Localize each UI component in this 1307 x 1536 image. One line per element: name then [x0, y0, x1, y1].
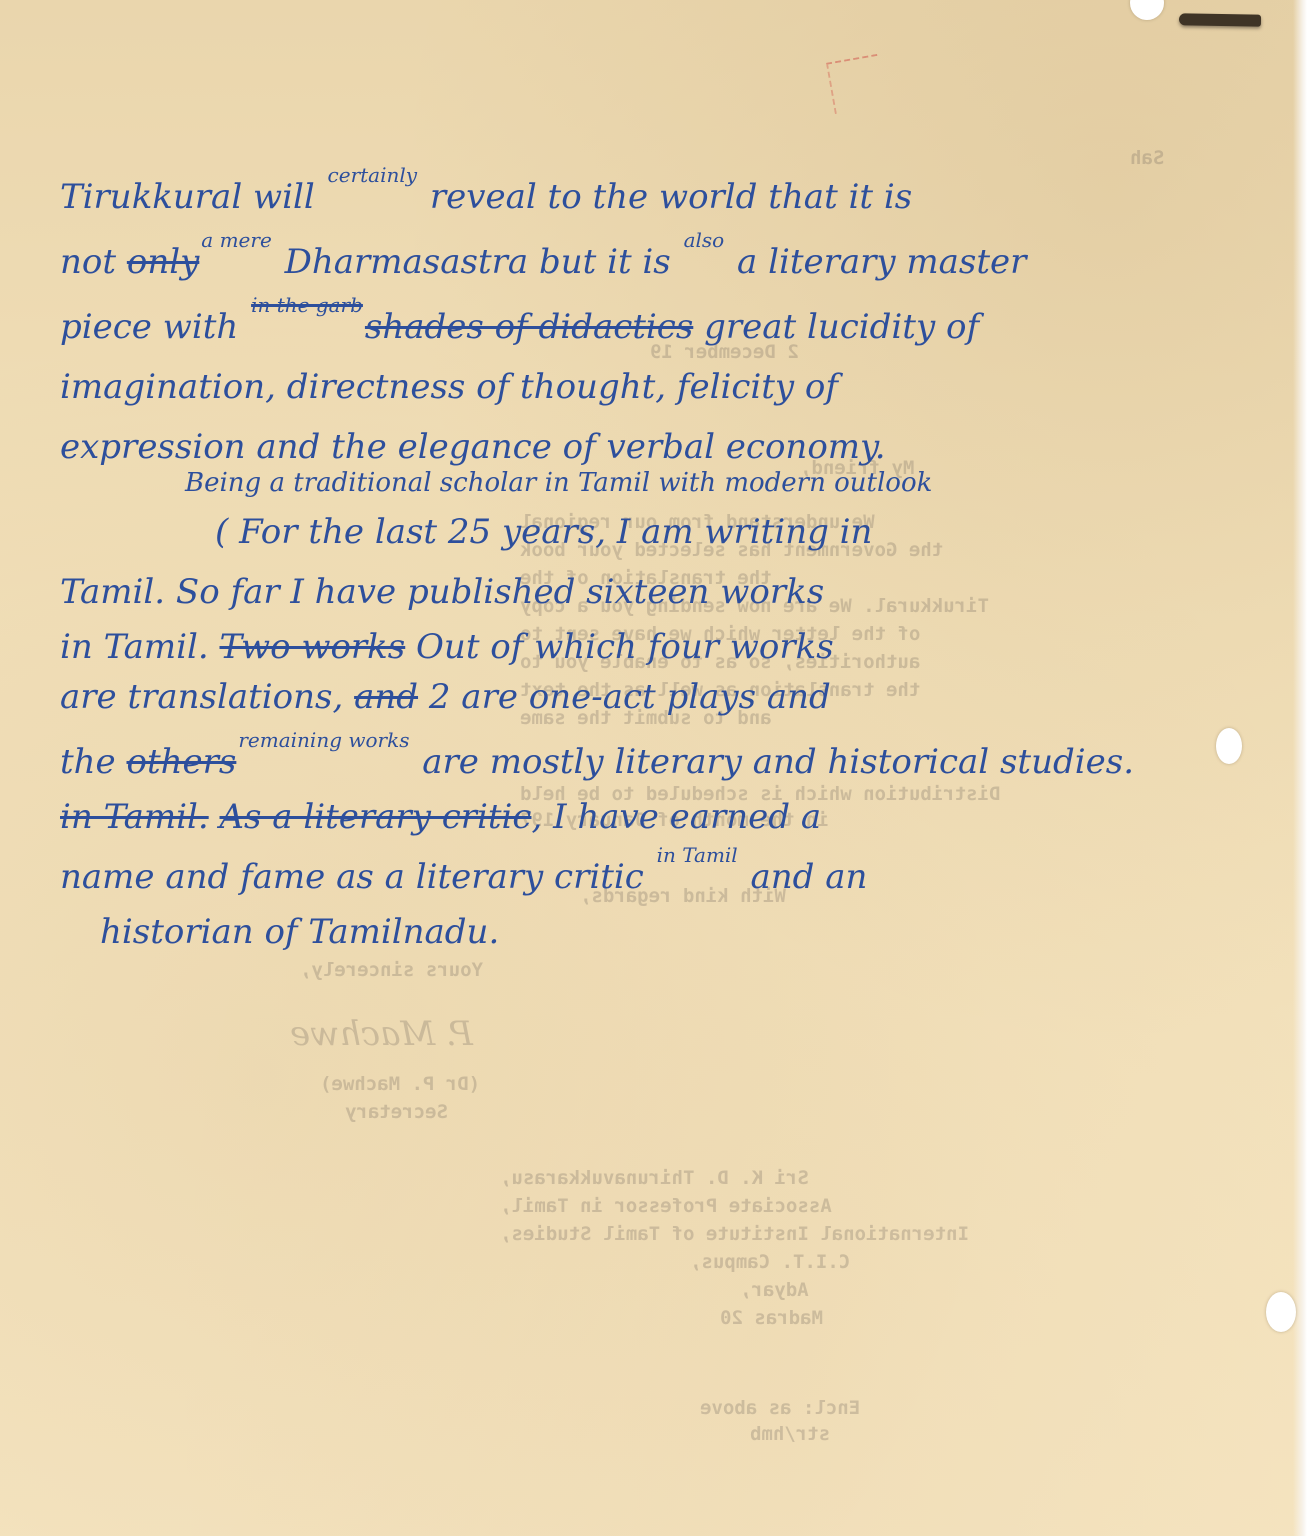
handwritten-line: piece with in the garbshades of didactic…	[60, 310, 1260, 344]
ghost-recipient-line: C.I.T. Campus,	[690, 1250, 850, 1274]
red-stamp-mark	[826, 54, 886, 114]
hw-struck-text: shades of didactics	[365, 307, 693, 347]
handwritten-line: imagination, directness of thought, feli…	[60, 370, 1260, 404]
hw-insertion: certainly	[328, 163, 418, 187]
hw-text: Tamil. So far I have published sixteen w…	[60, 572, 824, 612]
hw-struck-text: only	[127, 242, 199, 282]
handwritten-inserted-line: Being a traditional scholar in Tamil wit…	[185, 470, 1307, 496]
hw-text: great lucidity of	[693, 307, 979, 347]
punch-hole-bottom	[1266, 1292, 1296, 1332]
hw-text: Being a traditional scholar in Tamil wit…	[185, 468, 932, 498]
ink-smudge	[1179, 13, 1261, 26]
ghost-signatory-title: Secretary	[345, 1100, 448, 1124]
document-page: Sah 2 December 19 My friend, We understa…	[0, 0, 1307, 1536]
ghost-recipient-line: Associate Professor in Tamil,	[500, 1194, 832, 1218]
hw-text: are translations,	[60, 677, 354, 717]
hw-insertion: in Tamil	[657, 843, 738, 867]
hw-struck-insertion: in the garb	[251, 293, 363, 317]
hw-text: Out of which four works	[405, 627, 833, 667]
hw-insertion: remaining works	[238, 728, 409, 752]
hw-text: Dharmasastra but it is	[274, 242, 682, 282]
handwritten-line: not onlya mere Dharmasastra but it is al…	[60, 245, 1260, 279]
hw-text: piece with	[60, 307, 249, 347]
hw-insertion: a mere	[201, 228, 271, 252]
hw-struck-text: in Tamil.	[60, 797, 209, 837]
handwritten-line: Tirukkural will certainly reveal to the …	[60, 180, 1260, 214]
ghost-reference: str/hmb	[750, 1422, 830, 1446]
ghost-signature: P. Machwe	[290, 1022, 473, 1046]
hw-struck-text: Two works	[220, 627, 406, 667]
hw-text: name and fame as a literary critic	[60, 857, 655, 897]
handwritten-line: ( For the last 25 years, I am writing in	[215, 515, 1307, 549]
handwritten-line: in Tamil. As a literary critic, I have e…	[60, 800, 1260, 834]
hw-text: ( For the last 25 years, I am writing in	[215, 512, 872, 552]
hw-text: imagination, directness of thought, feli…	[60, 367, 838, 407]
punch-hole-top	[1130, 0, 1164, 20]
hw-text: , I have earned a	[531, 797, 821, 837]
hw-text: the	[60, 742, 127, 782]
hw-text: and an	[740, 857, 868, 897]
handwritten-line: in Tamil. Two works Out of which four wo…	[60, 630, 1260, 664]
ghost-signatory-name: (Dr P. Machwe)	[320, 1072, 480, 1096]
handwritten-line: name and fame as a literary critic in Ta…	[60, 860, 1260, 894]
handwritten-line: historian of Tamilnadu.	[100, 915, 1300, 949]
hw-text: are mostly literary and historical studi…	[411, 742, 1134, 782]
ghost-recipient-line: Sri K. D. Thirunavukkarasu,	[500, 1166, 809, 1190]
hw-text: historian of Tamilnadu.	[100, 912, 499, 952]
hw-text: in Tamil.	[60, 627, 220, 667]
handwritten-line: Tamil. So far I have published sixteen w…	[60, 575, 1260, 609]
hw-insertion: also	[684, 228, 725, 252]
handwritten-line: are translations, and 2 are one-act play…	[60, 680, 1260, 714]
hw-text: expression and the elegance of verbal ec…	[60, 427, 886, 467]
ghost-enclosure: Encl: as above	[700, 1396, 860, 1420]
hw-text: not	[60, 242, 127, 282]
hw-text: 2 are one-act plays and	[418, 677, 831, 717]
ghost-header-fragment: Sah	[1130, 146, 1164, 170]
handwritten-line: expression and the elegance of verbal ec…	[60, 430, 1260, 464]
handwritten-line: the othersremaining works are mostly lit…	[60, 745, 1260, 779]
hw-text: Tirukkural will	[60, 177, 326, 217]
ghost-recipient-line: Madras 20	[720, 1306, 823, 1330]
ghost-recipient-line: Adyar,	[740, 1278, 809, 1302]
ghost-sign-off: Yours sincerely,	[300, 958, 483, 982]
hw-struck-text: others	[127, 742, 237, 782]
hw-text: reveal to the world that it is	[419, 177, 912, 217]
hw-text: a literary master	[726, 242, 1026, 282]
hw-struck-text: and	[354, 677, 418, 717]
hw-struck-text: As a literary critic	[220, 797, 532, 837]
hw-text	[209, 797, 220, 837]
ghost-recipient-line: International Institute of Tamil Studies…	[500, 1222, 969, 1246]
